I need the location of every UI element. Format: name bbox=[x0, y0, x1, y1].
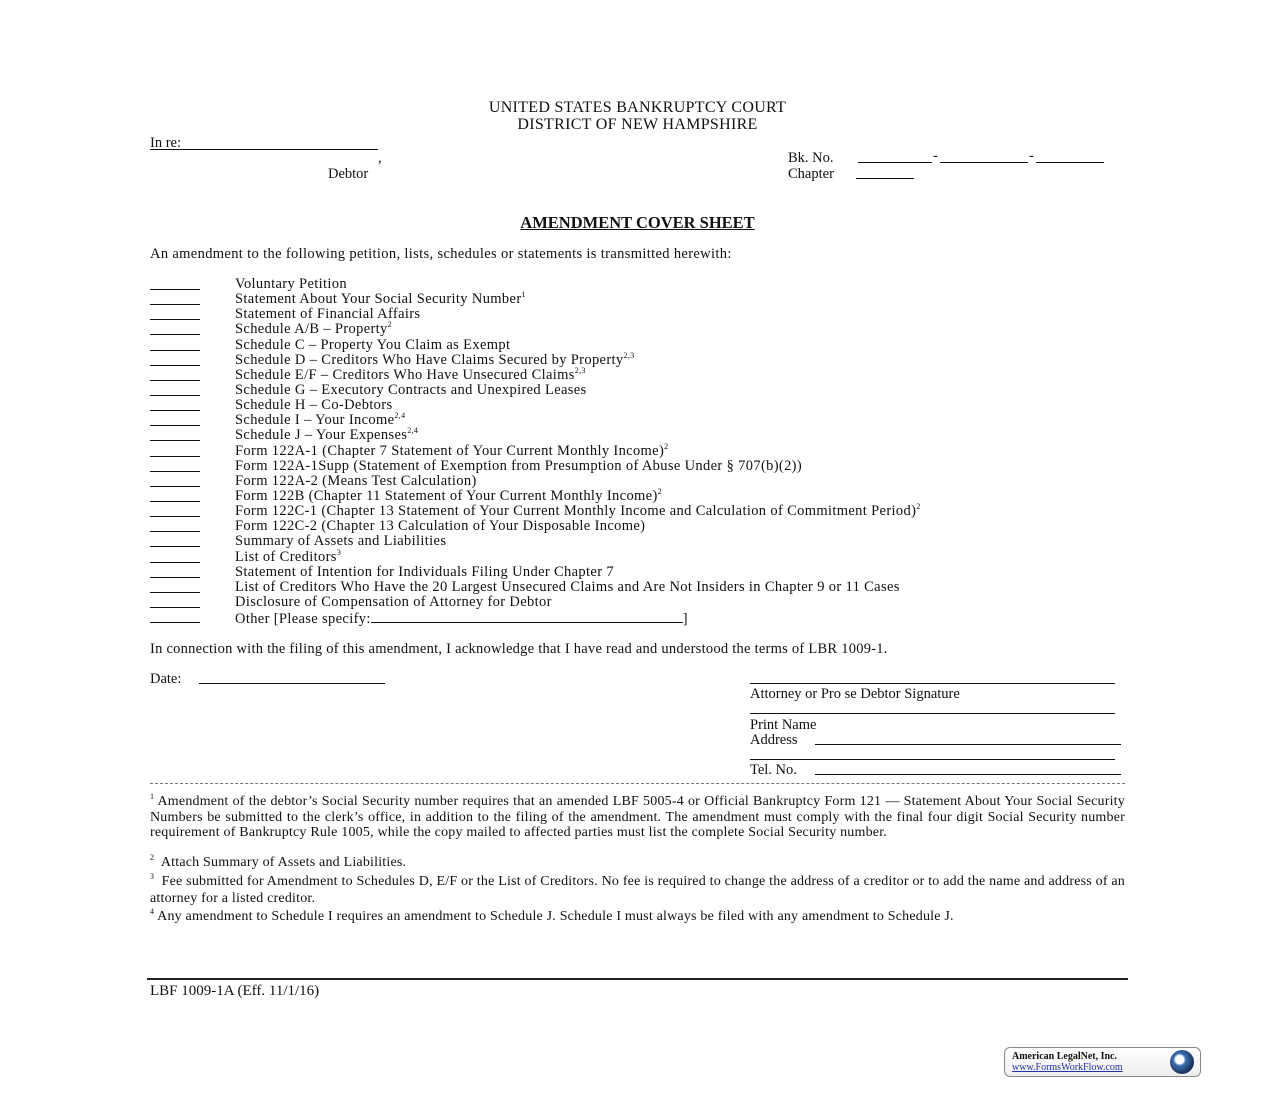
checkbox-blank[interactable] bbox=[150, 486, 200, 487]
debtor-name-field[interactable] bbox=[150, 149, 378, 150]
checklist-item-label: Voluntary Petition bbox=[235, 277, 347, 292]
address-field-1[interactable] bbox=[815, 744, 1121, 745]
checklist-item-label: Schedule H – Co-Debtors bbox=[235, 398, 392, 413]
checkbox-blank[interactable] bbox=[150, 456, 200, 457]
item-text: List of Creditors Who Have the 20 Larges… bbox=[235, 579, 900, 595]
footer-rule bbox=[147, 978, 1128, 980]
checkbox-blank[interactable] bbox=[150, 380, 200, 381]
date-field[interactable] bbox=[199, 683, 385, 684]
footnote-ref: 2,4 bbox=[407, 426, 418, 435]
checkbox-blank[interactable] bbox=[150, 592, 200, 593]
tel-field[interactable] bbox=[815, 774, 1121, 775]
bk-no-sep-2: - bbox=[1029, 148, 1034, 165]
footnote-text: Fee submitted for Amendment to Schedules… bbox=[150, 874, 1125, 906]
signature-field[interactable] bbox=[750, 683, 1115, 684]
court-name: UNITED STATES BANKRUPTCY COURT bbox=[0, 99, 1275, 116]
footnote-ref: 2 bbox=[916, 502, 920, 511]
checkbox-blank[interactable] bbox=[150, 562, 200, 563]
checklist-item-label: Disclosure of Compensation of Attorney f… bbox=[235, 595, 552, 610]
item-text: Form 122A-1Supp (Statement of Exemption … bbox=[235, 458, 802, 474]
debtor-comma: , bbox=[378, 150, 382, 167]
tel-label: Tel. No. bbox=[750, 762, 797, 779]
item-text: Statement of Financial Affairs bbox=[235, 306, 420, 322]
other-specify-field[interactable] bbox=[371, 610, 683, 623]
checklist-item-label: Schedule J – Your Expenses2,4 bbox=[235, 428, 418, 443]
item-text: Schedule A/B – Property bbox=[235, 321, 388, 337]
item-text: Statement of Intention for Individuals F… bbox=[235, 564, 614, 580]
print-name-field[interactable] bbox=[750, 713, 1115, 714]
checklist-item-label: Statement of Intention for Individuals F… bbox=[235, 565, 614, 580]
item-text: Schedule I – Your Income bbox=[235, 412, 394, 428]
footnote-2: 2 Attach Summary of Assets and Liabiliti… bbox=[150, 855, 1125, 871]
checkbox-blank[interactable] bbox=[150, 531, 200, 532]
item-text: Statement About Your Social Security Num… bbox=[235, 291, 522, 307]
date-label: Date: bbox=[150, 671, 181, 688]
item-text: Disclosure of Compensation of Attorney f… bbox=[235, 594, 552, 610]
checkbox-blank[interactable] bbox=[150, 546, 200, 547]
chapter-field[interactable] bbox=[856, 178, 914, 179]
checklist-item-label: Form 122A-2 (Means Test Calculation) bbox=[235, 474, 477, 489]
checklist-item-label: Form 122C-2 (Chapter 13 Calculation of Y… bbox=[235, 519, 645, 534]
checkbox-blank[interactable] bbox=[150, 334, 200, 335]
footnote-marker: 2 bbox=[150, 853, 154, 862]
item-text: Schedule D – Creditors Who Have Claims S… bbox=[235, 352, 624, 368]
bk-no-sep-1: - bbox=[933, 148, 938, 165]
footnote-ref: 2,3 bbox=[624, 351, 635, 360]
item-text: Schedule G – Executory Contracts and Une… bbox=[235, 382, 587, 398]
footnote-ref: 1 bbox=[522, 290, 526, 299]
checkbox-blank[interactable] bbox=[150, 501, 200, 502]
item-text: Schedule C – Property You Claim as Exemp… bbox=[235, 337, 510, 353]
item-suffix: ] bbox=[683, 611, 688, 627]
checkbox-blank[interactable] bbox=[150, 350, 200, 351]
checkbox-blank[interactable] bbox=[150, 440, 200, 441]
checklist-item-label: Schedule C – Property You Claim as Exemp… bbox=[235, 338, 510, 353]
signature-label: Attorney or Pro se Debtor Signature bbox=[750, 686, 960, 703]
checkbox-blank[interactable] bbox=[150, 425, 200, 426]
checkbox-blank[interactable] bbox=[150, 289, 200, 290]
publisher-badge[interactable]: American LegalNet, Inc. www.FormsWorkFlo… bbox=[1004, 1047, 1201, 1077]
court-district: DISTRICT OF NEW HAMPSHIRE bbox=[0, 116, 1275, 133]
bk-no-field-3[interactable] bbox=[1036, 162, 1104, 163]
checklist-item-label: Statement About Your Social Security Num… bbox=[235, 292, 526, 307]
footnote-3: 3 Fee submitted for Amendment to Schedul… bbox=[150, 873, 1125, 907]
footnote-marker: 3 bbox=[150, 872, 154, 881]
item-text: List of Creditors bbox=[235, 549, 337, 565]
address-field-2[interactable] bbox=[750, 759, 1115, 760]
footnote-separator bbox=[150, 783, 1125, 784]
checkbox-blank[interactable] bbox=[150, 304, 200, 305]
page-title: AMENDMENT COVER SHEET bbox=[0, 213, 1275, 233]
globe-icon bbox=[1170, 1050, 1194, 1074]
item-text: Form 122C-1 (Chapter 13 Statement of You… bbox=[235, 503, 916, 519]
footnote-ref: 2 bbox=[388, 320, 392, 329]
checklist-item-label: List of Creditors Who Have the 20 Larges… bbox=[235, 580, 900, 595]
footnote-text: Attach Summary of Assets and Liabilities… bbox=[161, 855, 406, 870]
checklist-item-label: Schedule A/B – Property2 bbox=[235, 322, 392, 337]
footnote-ref: 2 bbox=[658, 487, 662, 496]
footnote-1: 1 Amendment of the debtor’s Social Secur… bbox=[150, 794, 1125, 841]
checklist-item-label: List of Creditors3 bbox=[235, 550, 341, 565]
checkbox-blank[interactable] bbox=[150, 471, 200, 472]
footnote-ref: 3 bbox=[337, 548, 341, 557]
checkbox-blank[interactable] bbox=[150, 365, 200, 366]
checkbox-blank[interactable] bbox=[150, 516, 200, 517]
checklist-item-label: Form 122C-1 (Chapter 13 Statement of You… bbox=[235, 504, 921, 519]
intro-text: An amendment to the following petition, … bbox=[150, 246, 732, 263]
item-text: Form 122A-1 (Chapter 7 Statement of Your… bbox=[235, 443, 664, 459]
acknowledgement-text: In connection with the filing of this am… bbox=[150, 641, 888, 658]
item-text: Schedule H – Co-Debtors bbox=[235, 397, 392, 413]
footnote-marker: 1 bbox=[150, 792, 154, 801]
checklist-item-label: Form 122B (Chapter 11 Statement of Your … bbox=[235, 489, 662, 504]
bk-no-field-1[interactable] bbox=[858, 162, 932, 163]
item-text: Schedule E/F – Creditors Who Have Unsecu… bbox=[235, 367, 575, 383]
bk-no-label: Bk. No. bbox=[788, 150, 834, 167]
item-text: Form 122B (Chapter 11 Statement of Your … bbox=[235, 488, 658, 504]
item-text: Form 122C-2 (Chapter 13 Calculation of Y… bbox=[235, 518, 645, 534]
footnote-marker: 4 bbox=[150, 907, 154, 916]
footnote-ref: 2,3 bbox=[575, 366, 586, 375]
publisher-link[interactable]: www.FormsWorkFlow.com bbox=[1012, 1062, 1123, 1073]
item-text: Schedule J – Your Expenses bbox=[235, 427, 407, 443]
item-text: Form 122A-2 (Means Test Calculation) bbox=[235, 473, 477, 489]
checklist-item-label: Other [Please specify:] bbox=[235, 610, 688, 627]
checkbox-blank[interactable] bbox=[150, 607, 200, 608]
form-id: LBF 1009-1A (Eff. 11/1/16) bbox=[150, 983, 319, 1000]
checkbox-blank[interactable] bbox=[150, 577, 200, 578]
chapter-label: Chapter bbox=[788, 166, 834, 183]
checklist-item-label: Schedule G – Executory Contracts and Une… bbox=[235, 383, 587, 398]
checkbox-blank[interactable] bbox=[150, 622, 200, 623]
checkbox-blank[interactable] bbox=[150, 319, 200, 320]
footnote-text: Amendment of the debtor’s Social Securit… bbox=[150, 794, 1125, 840]
item-text: Other [Please specify: bbox=[235, 611, 371, 627]
checkbox-blank[interactable] bbox=[150, 410, 200, 411]
bk-no-field-2[interactable] bbox=[940, 162, 1028, 163]
debtor-label: Debtor bbox=[328, 166, 368, 183]
checkbox-blank[interactable] bbox=[150, 395, 200, 396]
footnote-ref: 2 bbox=[664, 442, 668, 451]
court-heading: UNITED STATES BANKRUPTCY COURT DISTRICT … bbox=[0, 99, 1275, 133]
checklist-item-label: Form 122A-1Supp (Statement of Exemption … bbox=[235, 459, 802, 474]
address-label: Address bbox=[750, 732, 798, 749]
footnote-ref: 2,4 bbox=[394, 411, 405, 420]
publisher-name: American LegalNet, Inc. bbox=[1012, 1051, 1117, 1062]
checklist-item-label: Schedule E/F – Creditors Who Have Unsecu… bbox=[235, 368, 586, 383]
item-text: Voluntary Petition bbox=[235, 276, 347, 292]
footnote-text: Any amendment to Schedule I requires an … bbox=[157, 909, 954, 924]
checklist-item-label: Form 122A-1 (Chapter 7 Statement of Your… bbox=[235, 444, 669, 459]
footnote-4: 4 Any amendment to Schedule I requires a… bbox=[150, 908, 1125, 925]
